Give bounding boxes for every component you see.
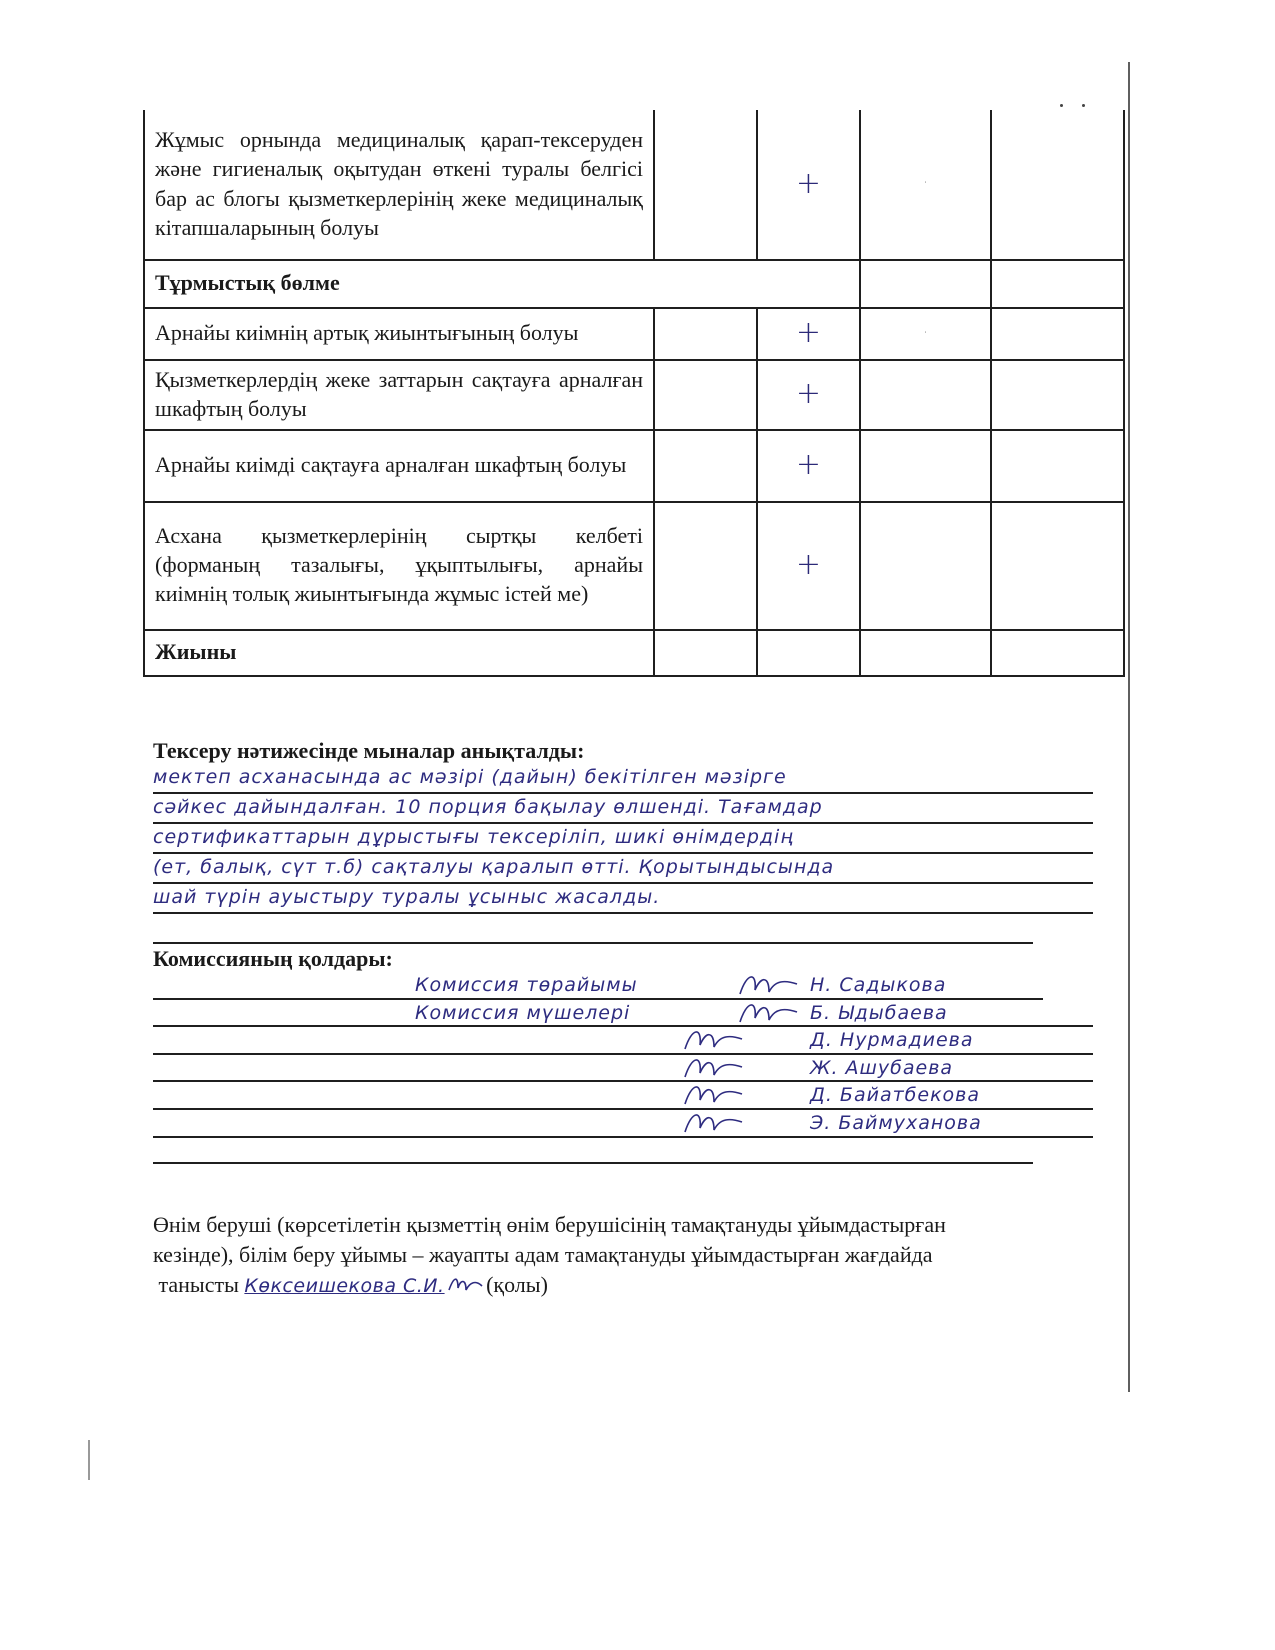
signature-line [153, 1025, 1093, 1027]
handwritten-signature-icon [735, 998, 805, 1028]
findings-line: мектеп асханасында ас мәзірі (дайын) бек… [153, 762, 1093, 794]
footer-text-line-1: Өнім беруші (көрсетілетін қызметтің өнім… [153, 1210, 1118, 1240]
footer-acquainted-line: танысты Көксеишекова С.И. (қолы) [153, 1270, 1118, 1300]
signature-line [153, 1136, 1093, 1138]
signature-line [153, 1080, 1093, 1082]
plus-mark: + [757, 110, 860, 260]
signature-line [153, 998, 1043, 1000]
row-label: Тұрмыстық бөлме [144, 260, 860, 308]
row-label: Асхана қызметкерлерінің сыртқы келбеті (… [144, 502, 654, 630]
scan-page-edge [1128, 62, 1130, 1392]
plus-mark: + [757, 430, 860, 502]
empty-cell [991, 110, 1124, 260]
table-section-row: Тұрмыстық бөлме [144, 260, 1124, 308]
row-label: Арнайы киімнің артық жиынтығының болуы [144, 308, 654, 360]
findings-line: сертификаттарын дұрыстығы тексеріліп, ши… [153, 822, 1093, 854]
row-label: Қызметкерлердің жеке заттарын сақтауға а… [144, 360, 654, 430]
signer-role: Комиссия мүшелері [415, 1002, 630, 1024]
handwritten-signature-icon [680, 1108, 750, 1138]
inspection-checklist-table: Жұмыс орнында медициналық қарап-тексеруд… [143, 110, 1125, 677]
findings-line: (ет, балық, сүт т.б) сақталуы қаралып өт… [153, 852, 1093, 884]
plus-mark: + [757, 502, 860, 630]
table-row: Қызметкерлердің жеке заттарын сақтауға а… [144, 360, 1124, 430]
table-row: Арнайы киімді сақтауға арналған шкафтың … [144, 430, 1124, 502]
empty-cell [860, 360, 991, 430]
footer-text-line-2: кезінде), білім беру ұйымы – жауапты ада… [153, 1240, 1118, 1270]
signature-label: (қолы) [486, 1272, 548, 1297]
footer-acknowledgement: Өнім беруші (көрсетілетін қызметтің өнім… [153, 1210, 1118, 1300]
signer-name: Н. Садыкова [810, 974, 946, 996]
empty-cell [860, 260, 991, 308]
findings-title: Тексеру нәтижесінде мыналар анықталды: [153, 738, 584, 764]
acquainted-label: танысты [159, 1272, 239, 1297]
handwritten-signature-icon [680, 1053, 750, 1083]
handwritten-signature-icon [680, 1025, 750, 1055]
acquainted-name-handwritten: Көксеишекова С.И. [244, 1275, 444, 1297]
scan-mark [88, 1440, 90, 1480]
signature-scribble-icon [446, 1274, 486, 1296]
empty-cell [991, 502, 1124, 630]
empty-cell [860, 430, 991, 502]
empty-cell [991, 430, 1124, 502]
handwritten-signature-icon [735, 970, 805, 1000]
empty-cell [991, 630, 1124, 676]
row-label: Жұмыс орнында медициналық қарап-тексеруд… [144, 110, 654, 260]
signer-name: Д. Нурмадиева [810, 1029, 974, 1051]
findings-line: шай түрін ауыстыру туралы ұсыныс жасалды… [153, 882, 1093, 914]
empty-cell [654, 360, 757, 430]
plus-mark: + [757, 360, 860, 430]
signer-name: Э. Баймуханова [810, 1112, 982, 1134]
table-row: Арнайы киімнің артық жиынтығының болуы+· [144, 308, 1124, 360]
empty-cell [654, 110, 757, 260]
dash-mark: · [860, 110, 991, 260]
row-label: Арнайы киімді сақтауға арналған шкафтың … [144, 430, 654, 502]
signatures-title: Комиссияның қолдары: [153, 946, 393, 972]
empty-cell [991, 308, 1124, 360]
table-total-row: Жиыны [144, 630, 1124, 676]
findings-line [153, 912, 1033, 944]
empty-cell [991, 260, 1124, 308]
empty-cell [654, 630, 757, 676]
empty-cell [757, 630, 860, 676]
findings-line: сәйкес дайындалған. 10 порция бақылау өл… [153, 792, 1093, 824]
plus-mark: + [757, 308, 860, 360]
row-label: Жиыны [144, 630, 654, 676]
signature-line [153, 1162, 1033, 1164]
empty-cell [860, 502, 991, 630]
empty-cell [654, 502, 757, 630]
signer-name: Б. Ыдыбаева [810, 1002, 948, 1024]
empty-cell [991, 360, 1124, 430]
empty-cell [860, 630, 991, 676]
handwritten-signature-icon [680, 1080, 750, 1110]
signer-name: Ж. Ашубаева [810, 1057, 953, 1079]
empty-cell [654, 308, 757, 360]
signature-line [153, 1053, 1093, 1055]
signer-name: Д. Байатбекова [810, 1084, 980, 1106]
scan-speck [1060, 104, 1063, 107]
table-row: Жұмыс орнында медициналық қарап-тексеруд… [144, 110, 1124, 260]
scan-speck [1082, 104, 1085, 107]
signature-line [153, 1108, 1093, 1110]
table-row: Асхана қызметкерлерінің сыртқы келбеті (… [144, 502, 1124, 630]
dash-mark: · [860, 308, 991, 360]
empty-cell [654, 430, 757, 502]
signer-role: Комиссия төрайымы [415, 974, 638, 996]
